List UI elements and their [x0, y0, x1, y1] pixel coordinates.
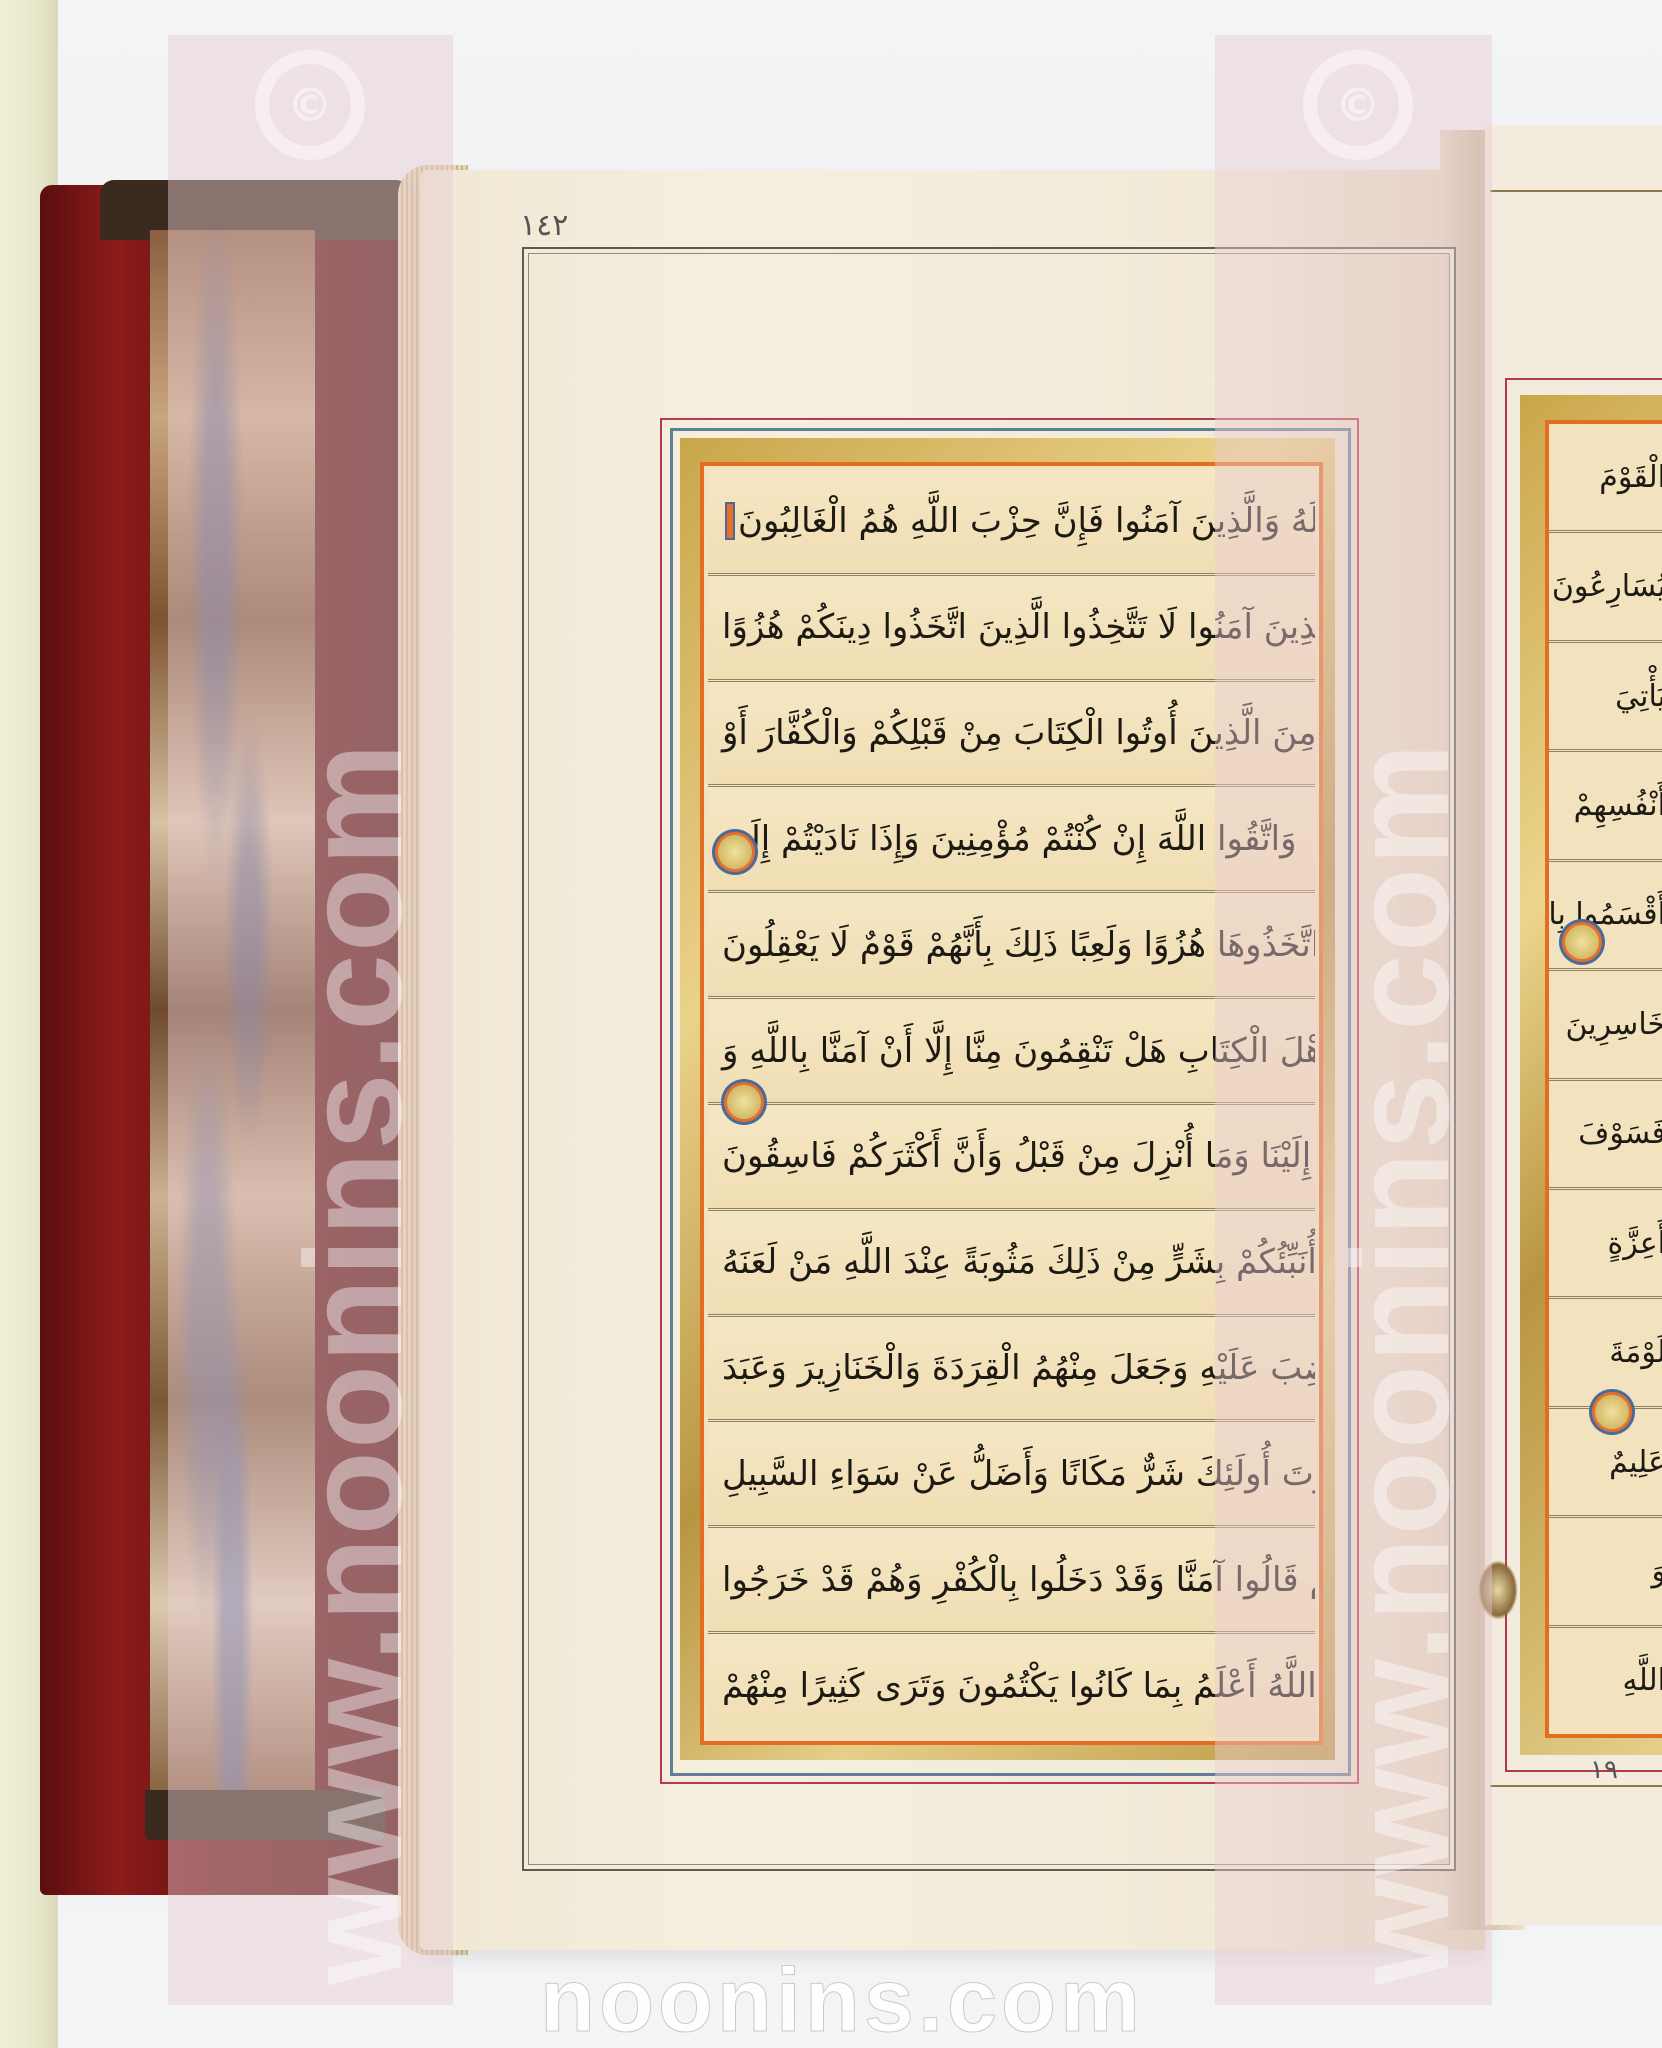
- watermark-text-vertical-left: www.noonins.com: [275, 741, 434, 1985]
- text-line: الْقَوْمَ: [1549, 424, 1662, 533]
- right-page-bottom-rule: [1490, 1785, 1662, 1787]
- text-line: فَسَوْفَ: [1549, 1081, 1662, 1190]
- text-line: اللَّهِ: [1549, 1628, 1662, 1734]
- verse-text: خَاسِرِينَ: [1565, 1007, 1662, 1042]
- verse-text: لَوْمَةَ: [1609, 1335, 1662, 1370]
- folio-number-left: ١٤٢: [520, 208, 568, 243]
- folio-number-right: ١٩: [1590, 1755, 1618, 1785]
- verse-text: يُسَارِعُونَ فِيهِمْ: [1549, 569, 1662, 604]
- text-line: أَعِزَّةٍ: [1549, 1190, 1662, 1299]
- text-line: يُسَارِعُونَ فِيهِمْ: [1549, 533, 1662, 642]
- watermark-text-bottom: noonins.com: [540, 1950, 1144, 2048]
- verse-text: يَأْتِيَ: [1615, 679, 1662, 714]
- text-line: أَقْسَمُوا بِاللَّهِ: [1549, 862, 1662, 971]
- verse-text: الْقَوْمَ: [1599, 460, 1662, 495]
- right-text-block: الْقَوْمَ يُسَارِعُونَ فِيهِمْ يَأْتِيَ …: [1545, 420, 1662, 1738]
- watermark-text-vertical-right: www.noonins.com: [1322, 741, 1481, 1985]
- verse-text: وَاتَّقُوا اللَّهَ إِنْ كُنْتُمْ مُؤْمِن…: [722, 819, 1297, 859]
- text-line: وَ: [1549, 1518, 1662, 1627]
- verse-text: عَلِيمٌ: [1609, 1445, 1662, 1480]
- verse-text: أَعِزَّةٍ: [1607, 1226, 1662, 1261]
- verse-text: فَسَوْفَ: [1578, 1116, 1662, 1151]
- verse-marker-icon: [727, 1085, 761, 1119]
- verse-text: اللَّهِ: [1623, 1663, 1662, 1698]
- verse-text: وَ: [1652, 1554, 1662, 1589]
- text-line: لَوْمَةَ: [1549, 1299, 1662, 1408]
- text-line: يَأْتِيَ: [1549, 643, 1662, 752]
- copyright-icon: ©: [1303, 50, 1413, 160]
- verse-marker-icon: [718, 835, 752, 869]
- text-line: خَاسِرِينَ: [1549, 971, 1662, 1080]
- verse-text: أَقْسَمُوا بِاللَّهِ: [1549, 897, 1662, 932]
- copyright-icon: ©: [255, 50, 365, 160]
- text-line: أَنْفُسِهِمْ: [1549, 752, 1662, 861]
- right-page-top-rule: [1490, 190, 1662, 192]
- verse-text: أَنْفُسِهِمْ: [1574, 788, 1662, 823]
- verse-marker-icon: [1565, 925, 1599, 959]
- verse-marker-icon: [1595, 1395, 1629, 1429]
